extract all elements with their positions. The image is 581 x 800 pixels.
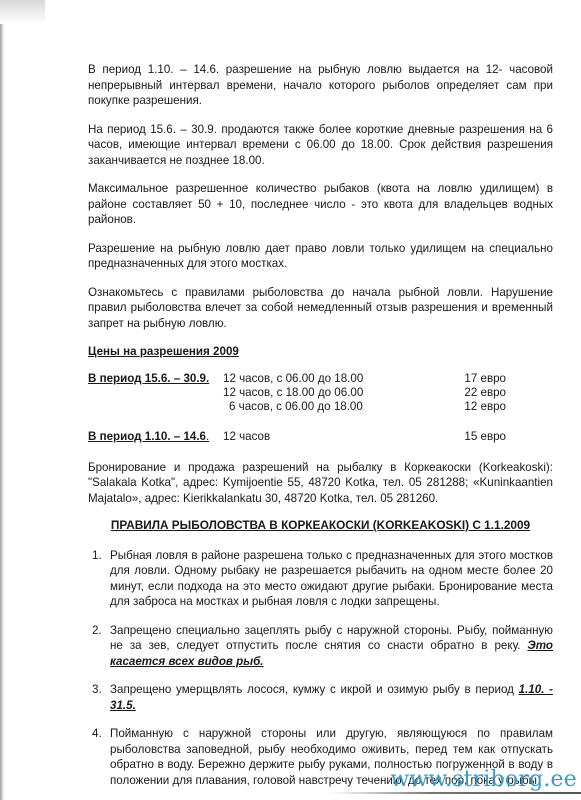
price-row: В период 1.10. – 14.6. 12 часов 15 евро	[88, 430, 553, 444]
paragraph-permit-period-summer: На период 15.6. – 30.9. продаются также …	[88, 122, 553, 169]
rule-number: 1.	[88, 548, 110, 610]
price-value: 15 евро	[426, 430, 506, 444]
rule-item: 2. Запрещено специально зацеплять рыбу с…	[88, 623, 553, 670]
scan-bottom-edge	[330, 792, 581, 794]
paragraph-rules-warning: Ознакомьтесь с правилами рыболовства до …	[88, 285, 553, 332]
rules-list: 1. Рыбная ловля в районе разрешена тольк…	[88, 548, 553, 789]
scan-edge-shadow	[0, 0, 5, 800]
price-value: 17 евро	[426, 372, 506, 386]
price-period-label: В период 1.10. – 14.6.	[88, 430, 223, 444]
price-block-summer: В период 15.6. – 30.9. 12 часов, с 06.00…	[88, 372, 553, 414]
rule-text: Запрещено специально зацеплять рыбу с на…	[110, 624, 553, 653]
rule-number: 4.	[88, 726, 110, 788]
price-block-winter: В период 1.10. – 14.6. 12 часов 15 евро	[88, 430, 553, 444]
price-description: 6 часов, с 06.00 до 18.00	[223, 400, 426, 414]
scan-corner-shadow	[0, 0, 45, 24]
rule-text: Запрещено умерщвлять лосося, кумжу с икр…	[110, 683, 519, 696]
rule-number: 3.	[88, 682, 110, 713]
price-row: В период 15.6. – 30.9. 12 часов, с 06.00…	[88, 372, 553, 386]
rule-text: Рыбная ловля в районе разрешена только с…	[110, 549, 553, 609]
price-description: 12 часов, с 06.00 до 18.00	[223, 372, 426, 386]
paragraph-rod-only: Разрешение на рыбную ловлю дает право ло…	[88, 241, 553, 272]
price-row: 6 часов, с 06.00 до 18.00 12 евро	[88, 400, 553, 414]
rule-item: 3. Запрещено умерщвлять лосося, кумжу с …	[88, 682, 553, 713]
price-description: 12 часов, с 18.00 до 06.00	[223, 386, 426, 400]
document-page: В период 1.10. – 14.6. разрешение на рыб…	[88, 62, 553, 800]
rule-item: 1. Рыбная ловля в районе разрешена тольк…	[88, 548, 553, 610]
paragraph-quota: Максимальное разрешенное количество рыба…	[88, 181, 553, 228]
prices-heading: Цены на разрешения 2009	[88, 344, 553, 360]
price-value: 22 евро	[426, 386, 506, 400]
price-value: 12 евро	[426, 400, 506, 414]
price-row: 12 часов, с 18.00 до 06.00 22 евро	[88, 386, 553, 400]
price-description: 12 часов	[223, 430, 426, 444]
booking-info: Бронирование и продажа разрешений на рыб…	[88, 460, 553, 507]
rules-heading: ПРАВИЛА РЫБОЛОВСТВА В КОРКЕАКОСКИ (KORKE…	[88, 518, 553, 534]
watermark-link: www.striborg.ee	[390, 767, 577, 792]
paragraph-permit-period-winter: В период 1.10. – 14.6. разрешение на рыб…	[88, 62, 553, 109]
price-period-label: В период 15.6. – 30.9.	[88, 372, 223, 386]
rule-number: 2.	[88, 623, 110, 670]
